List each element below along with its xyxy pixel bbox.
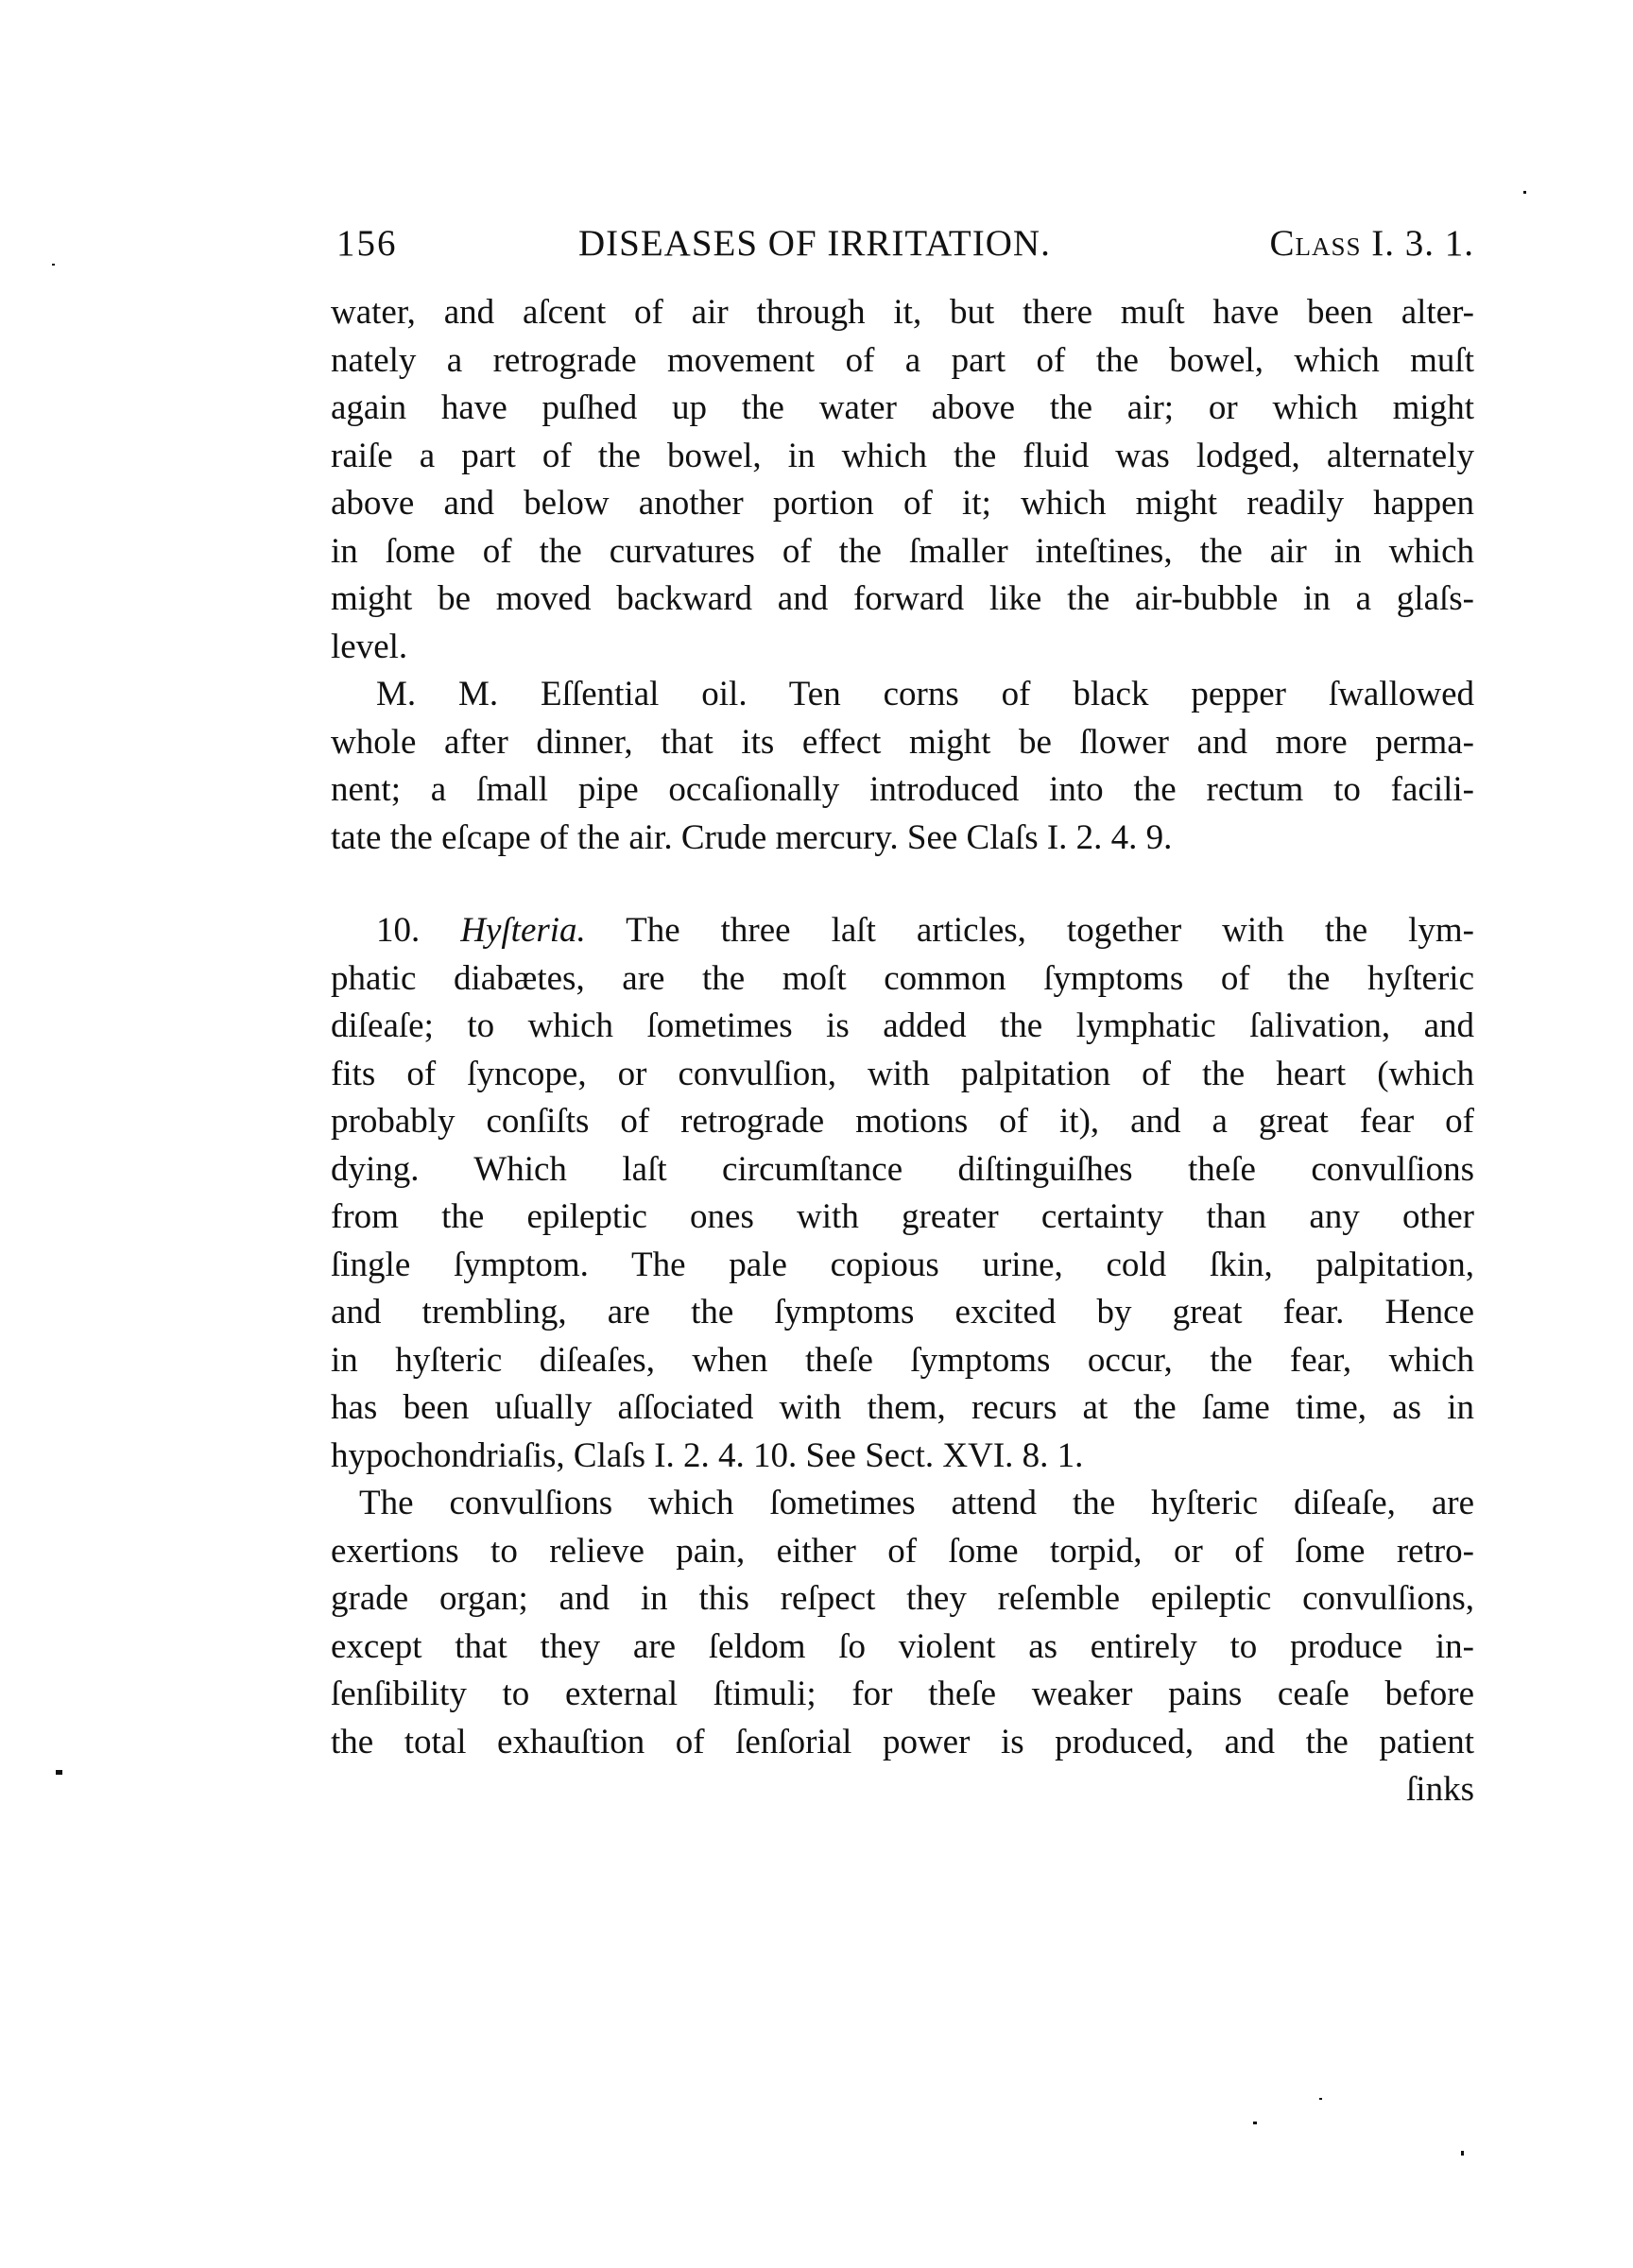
section-gap [331,862,1474,907]
text-line: whole after dinner, that its effect migh… [331,719,1474,767]
section-heading: Hyſteria. [460,911,586,950]
text-line: tate the eſcape of the air. Crude mercur… [331,815,1474,863]
text-line: grade organ; and in this reſpect they re… [331,1575,1474,1624]
text-line: and trembling, are the ſymptoms excited … [331,1289,1474,1337]
paragraph-hysteria: 10. Hyſteria. The three laſt articles, t… [331,907,1474,1480]
text-segment: The three laſt articles, together with t… [626,911,1474,950]
text-line: raiſe a part of the bowel, in which the … [331,433,1474,481]
text-line: again have puſhed up the water above the… [331,385,1474,433]
text-line: diſeaſe; to which ſometimes is added the… [331,1003,1474,1051]
section-heading-line: 10. Hyſteria. The three laſt articles, t… [331,907,1474,955]
text-line: in hyſteric diſeaſes, when theſe ſymptom… [331,1337,1474,1385]
text-line: hypochondriaſis, Claſs I. 2. 4. 10. See … [331,1433,1474,1481]
body-text: water, and aſcent of air through it, but… [331,289,1474,1814]
text-line: nent; a ſmall pipe occaſionally introduc… [331,766,1474,815]
text-line: ſingle ſymptom. The pale copious urine, … [331,1242,1474,1290]
scan-speck [1253,2122,1257,2124]
scan-speck [1319,2098,1322,2100]
class-reference: Class I. 3. 1. [1269,215,1474,272]
paragraph-convulsions: The convulſions which ſometimes attend t… [331,1480,1474,1766]
text-line: level. [331,624,1474,672]
scan-speck [52,264,55,266]
text-line: exertions to relieve pain, either of ſom… [331,1528,1474,1576]
book-page: 156 DISEASES OF IRRITATION. Class I. 3. … [331,215,1474,1814]
scan-speck [56,1770,62,1775]
text-line: phatic diabætes, are the moſt common ſym… [331,955,1474,1004]
scan-speck [1523,191,1526,194]
text-line: the total exhauſtion of ſenſorial power … [331,1719,1474,1767]
section-number: 10. [376,911,420,950]
text-line: in ſome of the curvatures of the ſmaller… [331,528,1474,576]
paragraph-continuation: water, and aſcent of air through it, but… [331,289,1474,671]
text-line: M. M. Eſſential oil. Ten corns of black … [331,671,1474,719]
text-line: from the epileptic ones with greater cer… [331,1194,1474,1242]
catchword: ſinks [331,1766,1474,1814]
text-line: nately a retrograde movement of a part o… [331,337,1474,386]
text-line: above and below another portion of it; w… [331,480,1474,528]
scan-speck [1461,2151,1464,2156]
text-line: water, and aſcent of air through it, but… [331,289,1474,337]
chapter-title: DISEASES OF IRRITATION. [578,215,1051,272]
text-line: probably conſiſts of retrograde motions … [331,1098,1474,1146]
text-line: except that they are ſeldom ſo violent a… [331,1624,1474,1672]
paragraph-materia-medica: M. M. Eſſential oil. Ten corns of black … [331,671,1474,862]
text-line: ſenſibility to external ſtimuli; for the… [331,1671,1474,1719]
text-line: dying. Which laſt circumſtance diſtingui… [331,1146,1474,1194]
text-line: The convulſions which ſometimes attend t… [331,1480,1474,1528]
page-number: 156 [336,215,398,272]
running-head: 156 DISEASES OF IRRITATION. Class I. 3. … [331,215,1474,272]
text-line: might be moved backward and forward like… [331,576,1474,624]
text-line: has been uſually aſſociated with them, r… [331,1384,1474,1433]
text-line: fits of ſyncope, or convulſion, with pal… [331,1051,1474,1099]
